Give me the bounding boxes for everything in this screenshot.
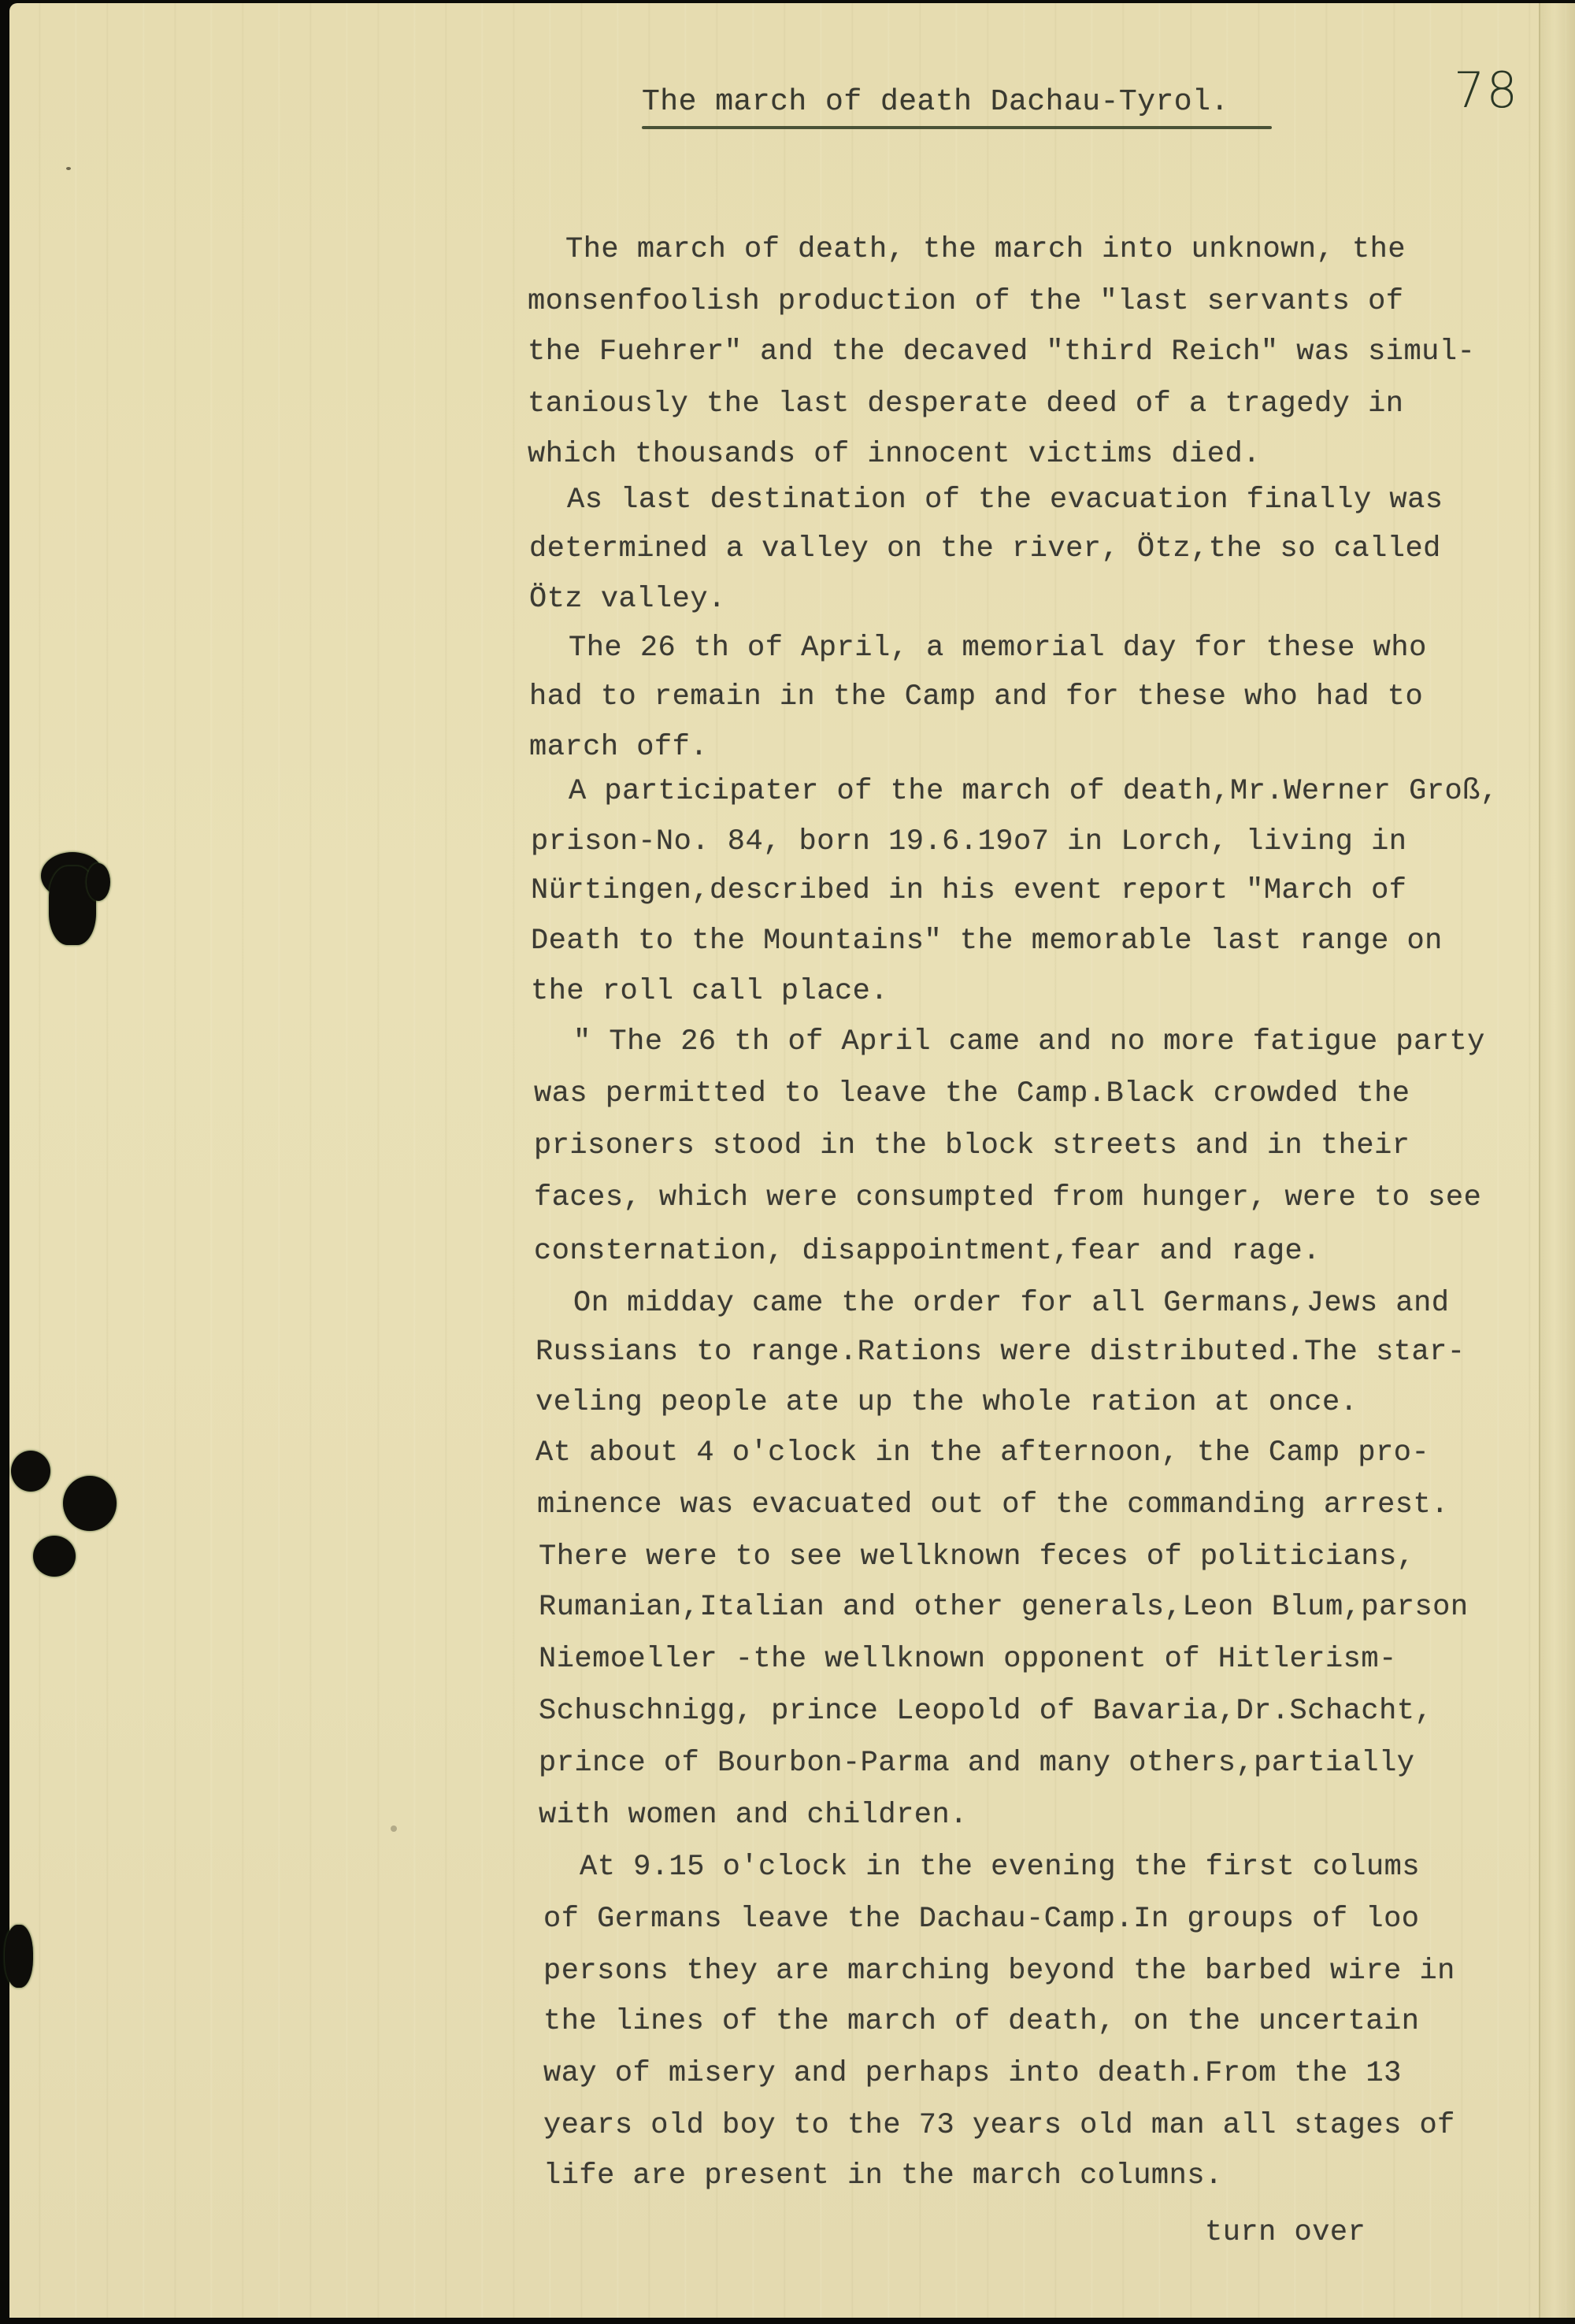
punch-hole	[5, 1925, 33, 1988]
turn-over-note: turn over	[1205, 2216, 1366, 2249]
text-line: years old boy to the 73 years old man al…	[543, 2109, 1455, 2142]
text-line: the lines of the march of death, on the …	[543, 2005, 1419, 2038]
text-line: prison-No. 84, born 19.6.19o7 in Lorch, …	[531, 825, 1406, 858]
page-right-edge	[1539, 3, 1575, 2318]
text-line: " The 26 th of April came and no more fa…	[573, 1025, 1485, 1058]
text-line: persons they are marching beyond the bar…	[543, 1955, 1455, 1988]
text-line: the Fuehrer" and the decaved "third Reic…	[528, 335, 1475, 369]
punch-hole	[33, 1536, 76, 1577]
text-line: Niemoeller -the wellknown opponent of Hi…	[539, 1643, 1397, 1676]
text-line: way of misery and perhaps into death.Fro…	[543, 2057, 1402, 2090]
text-line: consternation, disappointment,fear and r…	[534, 1235, 1321, 1268]
scan-bottom-border	[0, 2318, 1575, 2324]
text-line: determined a valley on the river, Ötz,th…	[529, 532, 1441, 565]
text-line: march off.	[529, 731, 708, 764]
text-line: Death to the Mountains" the memorable la…	[531, 925, 1443, 958]
text-line: Russians to range.Rations were distribut…	[535, 1336, 1466, 1369]
text-line: Rumanian,Italian and other generals,Leon…	[539, 1591, 1469, 1624]
punch-hole	[87, 863, 110, 901]
text-line: monsenfoolish production of the "last se…	[528, 285, 1403, 318]
text-line: The 26 th of April, a memorial day for t…	[569, 632, 1427, 665]
title-underline	[642, 126, 1272, 129]
text-line: There were to see wellknown feces of pol…	[539, 1540, 1414, 1573]
punch-hole	[63, 1476, 117, 1531]
text-line: A participater of the march of death,Mr.…	[569, 775, 1499, 808]
text-line: faces, which were consumpted from hunger…	[534, 1181, 1481, 1214]
text-line: At 9.15 o'clock in the evening the first…	[580, 1851, 1420, 1884]
text-line: which thousands of innocent victims died…	[528, 438, 1261, 471]
text-line: Ötz valley.	[529, 583, 726, 616]
punch-hole	[11, 1451, 50, 1492]
text-line: prisoners stood in the block streets and…	[534, 1129, 1410, 1162]
text-line: was permitted to leave the Camp.Black cr…	[534, 1077, 1410, 1110]
text-line: of Germans leave the Dachau-Camp.In grou…	[543, 1903, 1419, 1936]
text-line: At about 4 o'clock in the afternoon, the…	[535, 1436, 1429, 1470]
text-line: Schuschnigg, prince Leopold of Bavaria,D…	[539, 1695, 1432, 1728]
text-line: with women and children.	[539, 1799, 968, 1832]
paper-speck	[66, 167, 71, 170]
page-number: 78	[1454, 61, 1519, 119]
page-title: The march of death Dachau-Tyrol.	[642, 85, 1229, 119]
text-line: had to remain in the Camp and for these …	[529, 680, 1423, 714]
text-line: Nürtingen,described in his event report …	[531, 874, 1406, 907]
text-line: life are present in the march columns.	[543, 2159, 1223, 2192]
text-line: veling people ate up the whole ration at…	[535, 1386, 1358, 1419]
text-line: On midday came the order for all Germans…	[573, 1287, 1449, 1320]
paper-speck	[391, 1825, 397, 1832]
text-line: taniously the last desperate deed of a t…	[528, 387, 1403, 421]
text-line: As last destination of the evacuation fi…	[567, 484, 1443, 517]
text-line: prince of Bourbon-Parma and many others,…	[539, 1747, 1414, 1780]
text-line: The march of death, the march into unkno…	[565, 233, 1406, 266]
text-line: minence was evacuated out of the command…	[537, 1488, 1449, 1522]
text-line: the roll call place.	[531, 975, 888, 1008]
